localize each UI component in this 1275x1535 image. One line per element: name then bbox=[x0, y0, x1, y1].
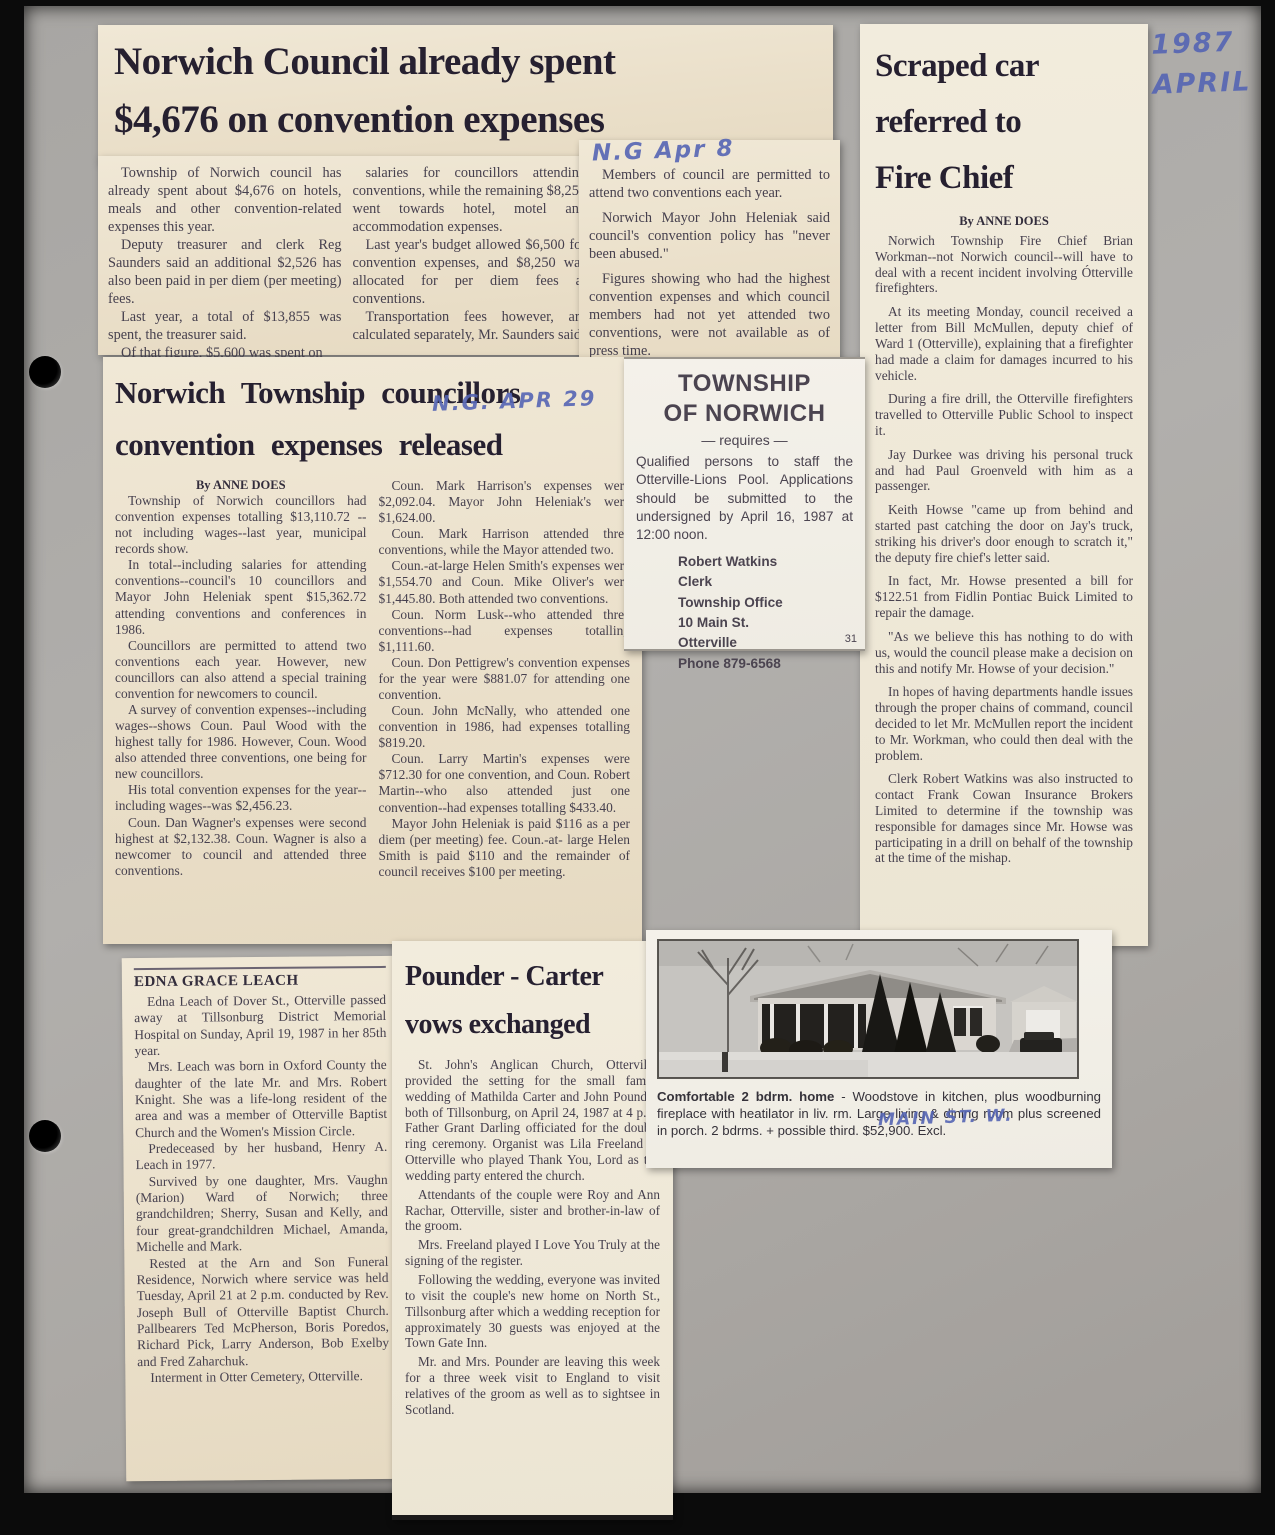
paragraph: Norwich Township Fire Chief Brian Workma… bbox=[875, 233, 1133, 296]
paragraph: Mrs. Freeland played I Love You Truly at… bbox=[405, 1237, 660, 1269]
article-column: Coun. Mark Harrison's expenses were $2,0… bbox=[379, 478, 631, 880]
paragraph: Last year, a total of $13,855 was spent,… bbox=[108, 308, 342, 344]
notice-signature: Robert Watkins Clerk Township Office 10 … bbox=[678, 552, 853, 674]
notice-title: TOWNSHIP OF NORWICH bbox=[636, 369, 853, 429]
byline: By ANNE DOES bbox=[115, 478, 367, 493]
byline: By ANNE DOES bbox=[875, 214, 1133, 229]
signature-line: Otterville bbox=[678, 633, 853, 653]
paragraph: Jay Durkee was driving his personal truc… bbox=[875, 447, 1133, 494]
paragraph: Coun. Mark Harrison's expenses were $2,0… bbox=[379, 478, 631, 526]
paragraph: Mr. and Mrs. Pounder are leaving this we… bbox=[405, 1354, 660, 1417]
clipping-obituary: EDNA GRACE LEACH Edna Leach of Dover St.… bbox=[122, 956, 403, 1481]
notice-title-line: TOWNSHIP bbox=[636, 369, 853, 399]
paragraph: Councillors are permitted to attend two … bbox=[115, 638, 367, 702]
paragraph: A survey of convention expenses--includi… bbox=[115, 702, 367, 782]
headline-line: referred to bbox=[875, 94, 1133, 150]
paragraph: Interment in Otter Cemetery, Otterville. bbox=[137, 1368, 389, 1387]
paragraph: Norwich Mayor John Heleniak said council… bbox=[589, 209, 830, 263]
headline-line: convention expenses released bbox=[115, 419, 630, 471]
headline-line: Scraped car bbox=[875, 38, 1133, 94]
notice-title-line: OF NORWICH bbox=[636, 399, 853, 429]
article-column: Township of Norwich council has already … bbox=[108, 164, 342, 362]
clipping-wedding: Pounder - Carter vows exchanged St. John… bbox=[392, 941, 673, 1520]
clipping-council-body: Township of Norwich council has already … bbox=[98, 156, 596, 355]
headline-line: Pounder - Carter bbox=[405, 953, 660, 1001]
listing-caption-lead: Comfortable 2 bdrm. home bbox=[657, 1089, 834, 1104]
paragraph: In hopes of having departments handle is… bbox=[875, 684, 1133, 763]
handwritten-year: 1987 bbox=[1151, 22, 1251, 65]
page-number: 31 bbox=[845, 633, 857, 645]
obituary-title: EDNA GRACE LEACH bbox=[134, 966, 386, 991]
signature-line: Robert Watkins bbox=[678, 552, 853, 572]
article-column: Edna Leach of Dover St., Otterville pass… bbox=[134, 992, 389, 1386]
article-column: salaries for councillors attending conve… bbox=[353, 164, 587, 362]
hole-punch-bottom bbox=[29, 1120, 61, 1152]
article-column: St. John's Anglican Church, Otterville, … bbox=[405, 1057, 660, 1418]
paragraph: Clerk Robert Watkins was also instructed… bbox=[875, 771, 1133, 866]
signature-line: Township Office bbox=[678, 593, 853, 613]
article-column: By ANNE DOES Township of Norwich council… bbox=[115, 478, 367, 880]
paragraph: Coun.-at-large Helen Smith's expenses we… bbox=[379, 558, 631, 606]
paragraph: St. John's Anglican Church, Otterville, … bbox=[405, 1057, 660, 1184]
paragraph: Mayor John Heleniak is paid $116 as a pe… bbox=[379, 816, 631, 880]
paragraph: His total convention expenses for the ye… bbox=[115, 782, 367, 814]
notice-requires: — requires — bbox=[636, 432, 853, 448]
headline-line: Fire Chief bbox=[875, 150, 1133, 206]
paragraph: At its meeting Monday, council received … bbox=[875, 304, 1133, 383]
scanned-scrapbook: { "annotations": { "year": "1987", "mont… bbox=[0, 0, 1275, 1535]
clipping-council-col3: Members of council are permitted to atte… bbox=[579, 140, 840, 375]
clipping-councillors-expenses: Norwich Township councillors convention … bbox=[103, 357, 642, 944]
paragraph: Survived by one daughter, Mrs. Vaughn (M… bbox=[136, 1172, 389, 1256]
signature-line: Clerk bbox=[678, 572, 853, 592]
paragraph: Mrs. Leach was born in Oxford County the… bbox=[135, 1057, 388, 1141]
paragraph: In total--including salaries for attendi… bbox=[115, 557, 367, 637]
handwritten-date: 1987 APRIL bbox=[1151, 22, 1252, 105]
paragraph: Township of Norwich council has already … bbox=[108, 164, 342, 236]
paragraph: Predeceased by her husband, Henry A. Lea… bbox=[135, 1139, 387, 1174]
paragraph: Figures showing who had the highest conv… bbox=[589, 270, 830, 360]
signature-line: 10 Main St. bbox=[678, 613, 853, 633]
paragraph: Coun. Dan Wagner's expenses were second … bbox=[115, 815, 367, 879]
paragraph: Transportation fees however, are calcula… bbox=[353, 308, 587, 344]
paragraph: Coun. Don Pettigrew's convention expense… bbox=[379, 655, 631, 703]
paragraph: Coun. Larry Martin's expenses were $712.… bbox=[379, 751, 631, 815]
house-photo bbox=[657, 939, 1079, 1079]
paragraph: In fact, Mr. Howse presented a bill for … bbox=[875, 573, 1133, 620]
hole-punch-top bbox=[29, 356, 61, 388]
handwritten-month: APRIL bbox=[1152, 62, 1252, 105]
article-column: Norwich Township Fire Chief Brian Workma… bbox=[875, 233, 1133, 866]
paragraph: Last year's budget allowed $6,500 for co… bbox=[353, 236, 587, 308]
paragraph: Keith Howse "came up from behind and sta… bbox=[875, 502, 1133, 565]
article-column: Members of council are permitted to atte… bbox=[589, 166, 830, 360]
headline-line: Norwich Council already spent bbox=[114, 33, 817, 91]
paragraph: Deputy treasurer and clerk Reg Saunders … bbox=[108, 236, 342, 308]
clipping-fire-chief: Scraped car referred to Fire Chief By AN… bbox=[860, 24, 1148, 946]
paragraph: "As we believe this has nothing to do wi… bbox=[875, 629, 1133, 676]
paragraph: Members of council are permitted to atte… bbox=[589, 166, 830, 202]
headline-line: vows exchanged bbox=[405, 1001, 660, 1049]
handwritten-ng-apr8: N.G Apr 8 bbox=[592, 136, 735, 167]
signature-line: Phone 879-6568 bbox=[678, 654, 853, 674]
notice-body: Qualified persons to staff the Ottervill… bbox=[636, 453, 853, 545]
paragraph: Attendants of the couple were Roy and An… bbox=[405, 1187, 660, 1235]
paragraph: Rested at the Arn and Son Funeral Reside… bbox=[136, 1253, 389, 1370]
paragraph: Following the wedding, everyone was invi… bbox=[405, 1272, 660, 1351]
clipping-township-notice: TOWNSHIP OF NORWICH — requires — Qualifi… bbox=[624, 357, 865, 651]
clipping-real-estate: Comfortable 2 bdrm. home - Woodstove in … bbox=[646, 930, 1112, 1168]
paragraph: During a fire drill, the Otterville fire… bbox=[875, 391, 1133, 438]
paragraph: Township of Norwich councillors had conv… bbox=[115, 493, 367, 557]
paragraph: Coun. John McNally, who attended one con… bbox=[379, 703, 631, 751]
paragraph: salaries for councillors attending conve… bbox=[353, 164, 587, 236]
paragraph: Edna Leach of Dover St., Otterville pass… bbox=[134, 992, 387, 1060]
paragraph: Coun. Norm Lusk--who attended three conv… bbox=[379, 607, 631, 655]
paragraph: Coun. Mark Harrison attended three conve… bbox=[379, 526, 631, 558]
